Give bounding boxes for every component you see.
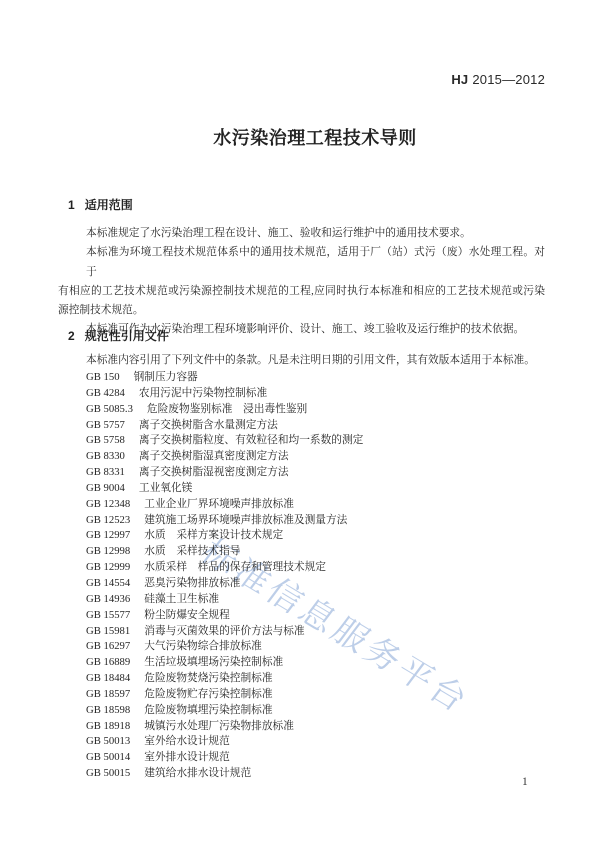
reference-code: GB 50013 [86, 734, 130, 750]
page-number: 1 [522, 776, 528, 788]
reference-title: 建筑给水排水设计规范 [144, 766, 251, 782]
reference-title: 危险废物鉴别标准 浸出毒性鉴别 [147, 402, 307, 418]
paragraph-line: 有相应的工艺技术规范或污染源控制技术规范的工程,应同时执行本标准和相应的工艺技术… [58, 282, 545, 301]
section-1-heading: 1适用范围 [68, 196, 133, 213]
reference-title: 工业氧化镁 [139, 481, 192, 497]
references-list: GB 150钢制压力容器 GB 4284农用污泥中污染物控制标准 GB 5085… [86, 370, 363, 782]
reference-row: GB 14554恶臭污染物排放标准 [86, 576, 363, 592]
reference-row: GB 18597危险废物贮存污染控制标准 [86, 687, 363, 703]
section-2-heading: 2规范性引用文件 [68, 327, 169, 344]
reference-row: GB 12997水质 采样方案设计技术规定 [86, 528, 363, 544]
standard-code: HJ2015—2012 [451, 72, 545, 87]
reference-row: GB 12998水质 采样技术指导 [86, 544, 363, 560]
standard-code-prefix: HJ [451, 72, 468, 87]
reference-code: GB 18918 [86, 719, 130, 735]
reference-code: GB 12348 [86, 497, 130, 513]
section-1-number: 1 [68, 198, 75, 212]
reference-row: GB 50014室外排水设计规范 [86, 750, 363, 766]
reference-code: GB 5757 [86, 418, 125, 434]
reference-code: GB 15981 [86, 624, 130, 640]
reference-title: 室外给水设计规范 [144, 734, 230, 750]
reference-code: GB 150 [86, 370, 120, 386]
reference-code: GB 16889 [86, 655, 130, 671]
reference-title: 危险废物贮存污染控制标准 [144, 687, 272, 703]
reference-row: GB 18598危险废物填埋污染控制标准 [86, 703, 363, 719]
reference-code: GB 5758 [86, 433, 125, 449]
reference-code: GB 50014 [86, 750, 130, 766]
reference-code: GB 4284 [86, 386, 125, 402]
reference-code: GB 18484 [86, 671, 130, 687]
reference-title: 钢制压力容器 [134, 370, 198, 386]
document-title: 水污染治理工程技术导则 [30, 124, 600, 150]
reference-title: 农用污泥中污染物控制标准 [139, 386, 267, 402]
reference-code: GB 50015 [86, 766, 130, 782]
reference-code: GB 18597 [86, 687, 130, 703]
reference-row: GB 16889生活垃圾填埋场污染控制标准 [86, 655, 363, 671]
reference-title: 工业企业厂界环境噪声排放标准 [144, 497, 294, 513]
reference-code: GB 18598 [86, 703, 130, 719]
reference-row: GB 5758离子交换树脂粒度、有效粒径和均一系数的测定 [86, 433, 363, 449]
reference-row: GB 50013室外给水设计规范 [86, 734, 363, 750]
section-1-heading-text: 适用范围 [85, 198, 133, 212]
reference-title: 城镇污水处理厂污染物排放标准 [144, 719, 294, 735]
reference-row: GB 5085.3危险废物鉴别标准 浸出毒性鉴别 [86, 402, 363, 418]
reference-row: GB 5757离子交换树脂含水量测定方法 [86, 418, 363, 434]
reference-code: GB 12997 [86, 528, 130, 544]
reference-row: GB 12523建筑施工场界环境噪声排放标准及测量方法 [86, 513, 363, 529]
reference-title: 危险废物填埋污染控制标准 [144, 703, 272, 719]
reference-title: 室外排水设计规范 [144, 750, 230, 766]
reference-code: GB 14936 [86, 592, 130, 608]
reference-title: 硅藻土卫生标准 [144, 592, 219, 608]
reference-code: GB 14554 [86, 576, 130, 592]
reference-title: 离子交换树脂含水量测定方法 [139, 418, 278, 434]
reference-code: GB 12998 [86, 544, 130, 560]
reference-title: 大气污染物综合排放标准 [144, 639, 262, 655]
reference-row: GB 14936硅藻土卫生标准 [86, 592, 363, 608]
section-1-body: 本标准规定了水污染治理工程在设计、施工、验收和运行维护中的通用技术要求。本标准为… [58, 224, 545, 340]
reference-title: 消毒与灭菌效果的评价方法与标准 [144, 624, 304, 640]
reference-code: GB 12523 [86, 513, 130, 529]
reference-row: GB 15981消毒与灭菌效果的评价方法与标准 [86, 624, 363, 640]
section-2-intro: 本标准内容引用了下列文件中的条款。凡是未注明日期的引用文件，其有效版本适用于本标… [86, 351, 535, 370]
reference-row: GB 12348工业企业厂界环境噪声排放标准 [86, 497, 363, 513]
section-2-heading-text: 规范性引用文件 [85, 329, 169, 343]
reference-title: 生活垃圾填埋场污染控制标准 [144, 655, 283, 671]
reference-row: GB 8331离子交换树脂湿视密度测定方法 [86, 465, 363, 481]
section-2-number: 2 [68, 329, 75, 343]
standard-code-number: 2015—2012 [472, 72, 545, 87]
document-page: 标准信息服务平台 HJ2015—2012 水污染治理工程技术导则 1适用范围 本… [0, 0, 600, 849]
reference-row: GB 50015建筑给水排水设计规范 [86, 766, 363, 782]
reference-title: 离子交换树脂湿真密度测定方法 [139, 449, 289, 465]
reference-title: 离子交换树脂湿视密度测定方法 [139, 465, 289, 481]
paragraph-line: 本标准规定了水污染治理工程在设计、施工、验收和运行维护中的通用技术要求。 [58, 224, 545, 243]
reference-title: 水质 采样技术指导 [144, 544, 240, 560]
reference-title: 危险废物焚烧污染控制标准 [144, 671, 272, 687]
reference-row: GB 18918城镇污水处理厂污染物排放标准 [86, 719, 363, 735]
reference-row: GB 150钢制压力容器 [86, 370, 363, 386]
reference-row: GB 4284农用污泥中污染物控制标准 [86, 386, 363, 402]
reference-row: GB 18484危险废物焚烧污染控制标准 [86, 671, 363, 687]
reference-title: 水质 采样方案设计技术规定 [144, 528, 283, 544]
reference-title: 建筑施工场界环境噪声排放标准及测量方法 [144, 513, 347, 529]
reference-title: 恶臭污染物排放标准 [144, 576, 240, 592]
reference-row: GB 8330离子交换树脂湿真密度测定方法 [86, 449, 363, 465]
paragraph-line: 源控制技术规范。 [58, 301, 545, 320]
reference-title: 水质采样 样品的保存和管理技术规定 [144, 560, 326, 576]
reference-code: GB 8330 [86, 449, 125, 465]
reference-row: GB 15577粉尘防爆安全规程 [86, 608, 363, 624]
reference-code: GB 12999 [86, 560, 130, 576]
paragraph-line: 本标准为环境工程技术规范体系中的通用技术规范，适用于厂（站）式污（废）水处理工程… [58, 243, 545, 282]
reference-code: GB 15577 [86, 608, 130, 624]
reference-row: GB 16297大气污染物综合排放标准 [86, 639, 363, 655]
reference-title: 离子交换树脂粒度、有效粒径和均一系数的测定 [139, 433, 363, 449]
reference-row: GB 9004工业氧化镁 [86, 481, 363, 497]
reference-title: 粉尘防爆安全规程 [144, 608, 230, 624]
reference-code: GB 16297 [86, 639, 130, 655]
reference-code: GB 9004 [86, 481, 125, 497]
reference-code: GB 5085.3 [86, 402, 133, 418]
reference-row: GB 12999水质采样 样品的保存和管理技术规定 [86, 560, 363, 576]
reference-code: GB 8331 [86, 465, 125, 481]
